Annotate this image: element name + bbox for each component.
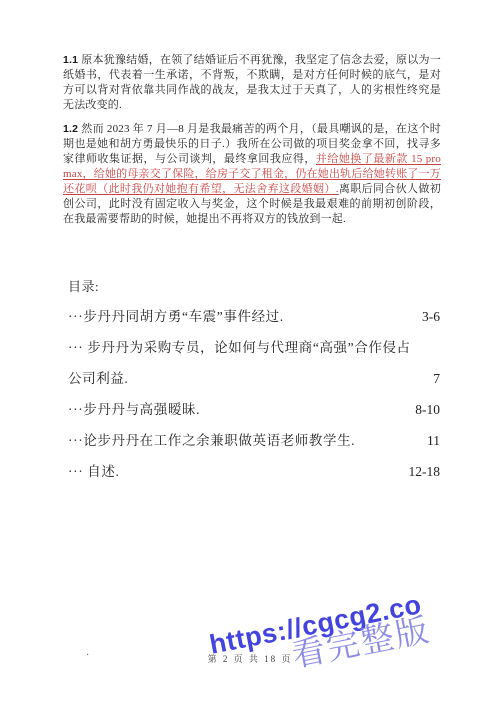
toc-heading: 目录:	[68, 276, 440, 295]
toc-entry-pages: 11	[427, 425, 440, 456]
paragraph-1-2: 1.2然而 2023 年 7 月—8 月是我最痛苦的两个月，（最具嘲讽的是，在这…	[63, 122, 441, 227]
toc-entry-pages: 7	[433, 363, 440, 394]
page-number-indicator: 第 2 页 共 18 页	[0, 652, 500, 665]
toc-entry: ···步丹丹同胡方勇“车震”事件经过. 3-6	[68, 301, 440, 332]
page-body-text: 1.1原本犹豫结婚，在领了结婚证后不再犹豫，我坚定了信念去爱，原以为一纸婚书，代…	[63, 53, 441, 236]
toc-entry: ···步丹丹与高强暧昧. 8-10	[68, 394, 440, 425]
toc-entry: ···论步丹丹在工作之余兼职做英语老师教学生. 11	[68, 425, 440, 456]
toc-entry-pages: 8-10	[415, 394, 440, 425]
section-number-1-2: 1.2	[63, 123, 78, 135]
toc-entry: ··· 步丹丹为采购专员，论如何与代理商“高强”合作侵占公司利益. 7	[68, 332, 440, 394]
toc-entry-title: ···步丹丹同胡方勇“车震”事件经过.	[68, 301, 412, 332]
document-page: 1.1原本犹豫结婚，在领了结婚证后不再犹豫，我坚定了信念去爱，原以为一纸婚书，代…	[0, 0, 500, 707]
toc-entry-title: ···论步丹丹在工作之余兼职做英语老师教学生.	[68, 425, 417, 456]
toc-entry-pages: 12-18	[409, 456, 441, 487]
section-number-1-1: 1.1	[63, 54, 78, 66]
table-of-contents: 目录: ···步丹丹同胡方勇“车震”事件经过. 3-6 ··· 步丹丹为采购专员…	[68, 276, 440, 487]
toc-entry-title: ··· 步丹丹为采购专员，论如何与代理商“高强”合作侵占公司利益.	[68, 332, 423, 394]
paragraph-1-1-text: 原本犹豫结婚，在领了结婚证后不再犹豫，我坚定了信念去爱，原以为一纸婚书，代表着一…	[63, 54, 441, 111]
toc-entry-pages: 3-6	[422, 301, 440, 332]
toc-entry: ··· 自述. 12-18	[68, 456, 440, 487]
toc-entry-title: ···步丹丹与高强暧昧.	[68, 394, 405, 425]
paragraph-1-1: 1.1原本犹豫结婚，在领了结婚证后不再犹豫，我坚定了信念去爱，原以为一纸婚书，代…	[63, 53, 441, 113]
toc-entry-title: ··· 自述.	[68, 456, 399, 487]
